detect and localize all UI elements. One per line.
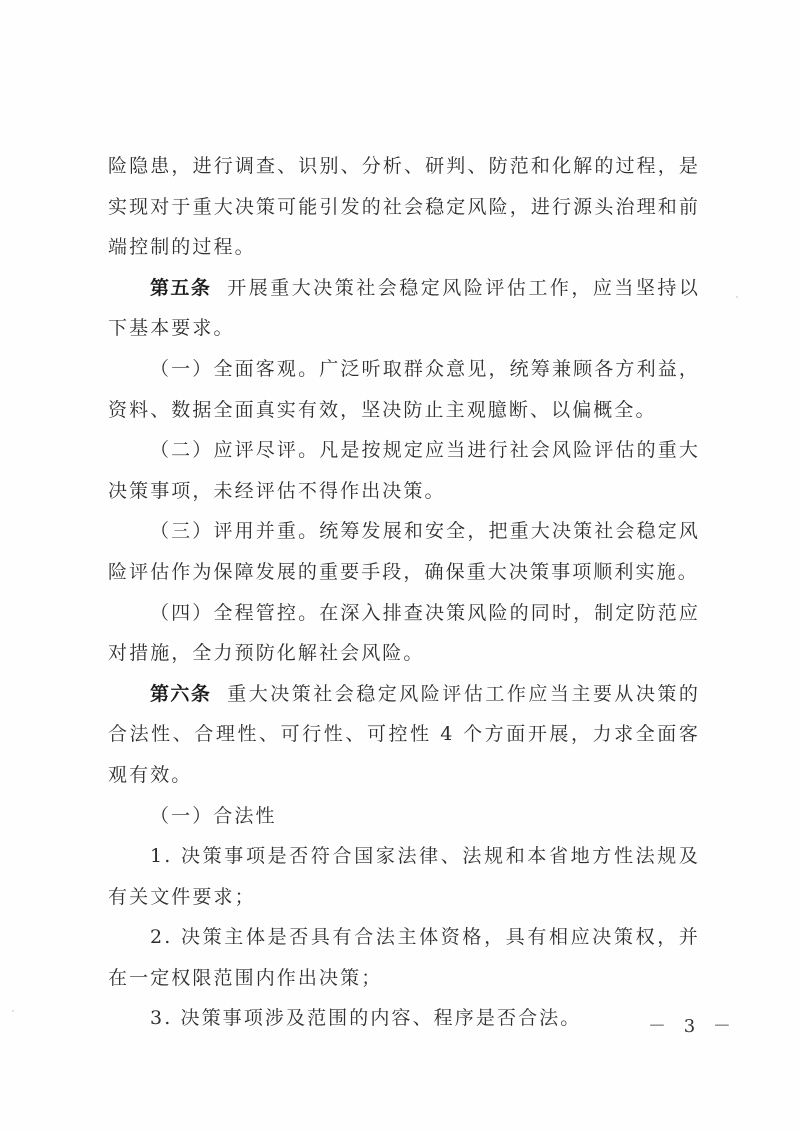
scan-artifact — [652, 288, 654, 290]
paragraph-text: （二）应评尽评。凡是按规定应当进行社会风险评估的重大决策事项，未经评估不得作出决… — [108, 439, 700, 502]
paragraph-article-5: 第五条开展重大决策社会稳定风险评估工作，应当坚持以下基本要求。 — [108, 268, 700, 349]
paragraph-continuation: 险隐患，进行调查、识别、分析、研判、防范和化解的过程，是实现对于重大决策可能引发… — [108, 146, 700, 268]
paragraph-legality-item-1: 1. 决策事项是否符合国家法律、法规和本省地方性法规及有关文件要求； — [108, 836, 700, 917]
list-item-text: 1. 决策事项是否符合国家法律、法规和本省地方性法规及有关文件要求； — [108, 845, 700, 908]
scan-artifact — [12, 1010, 14, 1012]
paragraph-legality-item-2: 2. 决策主体是否具有合法主体资格，具有相应决策权，并在一定权限范围内作出决策； — [108, 917, 700, 998]
list-item-text: 3. 决策事项涉及范围的内容、程序是否合法。 — [150, 1007, 581, 1029]
paragraph-article-6: 第六条重大决策社会稳定风险评估工作应当主要从决策的合法性、合理性、可行性、可控性… — [108, 674, 700, 796]
paragraph-requirement-3: （三）评用并重。统筹发展和安全，把重大决策社会稳定风险评估作为保障发展的重要手段… — [108, 511, 700, 592]
page-number: － 3 － — [648, 1012, 737, 1038]
article-heading: 第六条 — [150, 683, 211, 705]
paragraph-requirement-2: （二）应评尽评。凡是按规定应当进行社会风险评估的重大决策事项，未经评估不得作出决… — [108, 430, 700, 511]
article-heading: 第五条 — [150, 277, 211, 299]
list-item-text: 2. 决策主体是否具有合法主体资格，具有相应决策权，并在一定权限范围内作出决策； — [108, 926, 700, 989]
paragraph-text: （一）全面客观。广泛听取群众意见，统筹兼顾各方利益，资料、数据全面真实有效，坚决… — [108, 358, 700, 421]
paragraph-requirement-4: （四）全程管控。在深入排查决策风险的同时，制定防范应对措施，全力预防化解社会风险… — [108, 593, 700, 674]
paragraph-requirement-1: （一）全面客观。广泛听取群众意见，统筹兼顾各方利益，资料、数据全面真实有效，坚决… — [108, 349, 700, 430]
scan-artifact — [736, 296, 738, 298]
document-page: 险隐患，进行调查、识别、分析、研判、防范和化解的过程，是实现对于重大决策可能引发… — [0, 0, 800, 1130]
paragraph-text: （四）全程管控。在深入排查决策风险的同时，制定防范应对措施，全力预防化解社会风险… — [108, 602, 700, 665]
paragraph-text: 险隐患，进行调查、识别、分析、研判、防范和化解的过程，是实现对于重大决策可能引发… — [108, 155, 700, 258]
section-subtitle: （一）合法性 — [150, 805, 277, 827]
document-body: 险隐患，进行调查、识别、分析、研判、防范和化解的过程，是实现对于重大决策可能引发… — [108, 146, 700, 1039]
paragraph-legality-title: （一）合法性 — [108, 796, 700, 837]
paragraph-legality-item-3: 3. 决策事项涉及范围的内容、程序是否合法。 — [108, 998, 700, 1039]
paragraph-text: （三）评用并重。统筹发展和安全，把重大决策社会稳定风险评估作为保障发展的重要手段… — [108, 520, 700, 583]
